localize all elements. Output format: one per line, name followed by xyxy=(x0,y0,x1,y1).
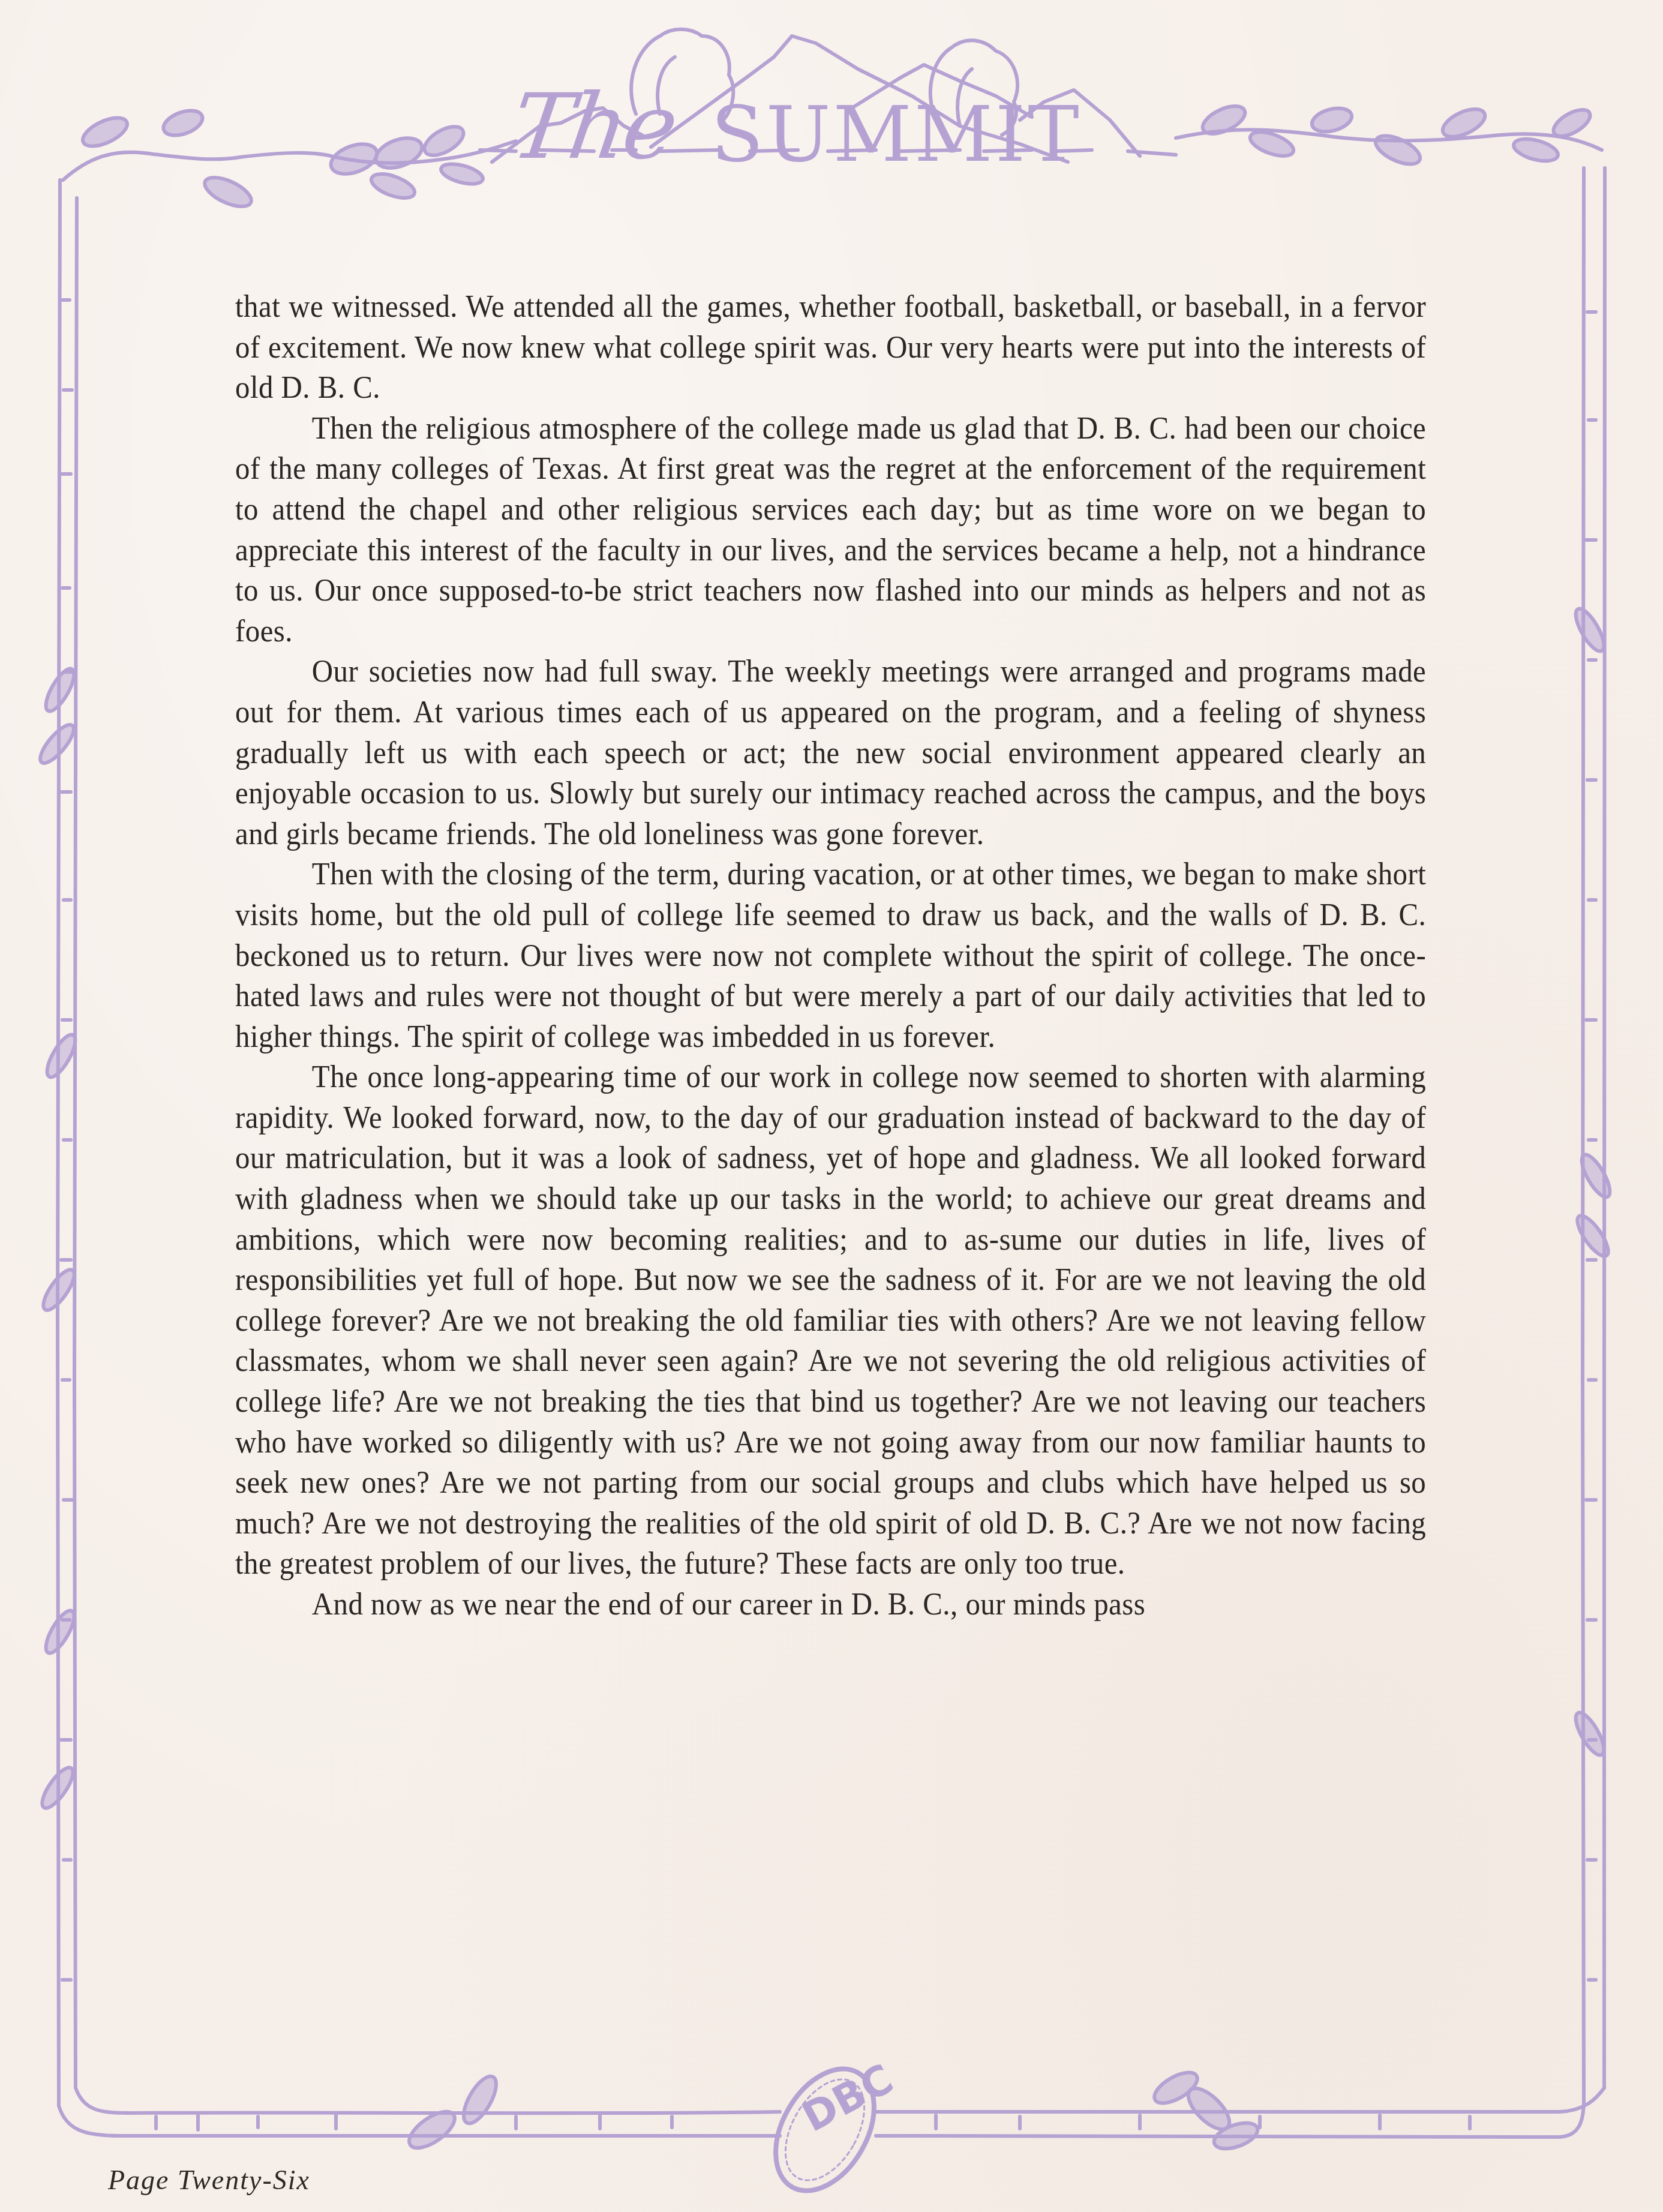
page-number: Page Twenty-Six xyxy=(108,2164,310,2196)
right-trunk-leaves-icon xyxy=(1571,605,1615,1758)
right-birch-trunk-icon xyxy=(1582,168,1605,2100)
header-title-prefix: The xyxy=(506,75,681,179)
paragraph-4: Then with the closing of the term, durin… xyxy=(235,854,1426,1057)
paragraph-6: And now as we near the end of our career… xyxy=(235,1584,1426,1625)
article-body: that we witnessed. We attended all the g… xyxy=(235,287,1426,1625)
paragraph-1: that we witnessed. We attended all the g… xyxy=(235,287,1426,409)
paragraph-2: Then the religious atmosphere of the col… xyxy=(235,409,1426,652)
top-right-vine-icon xyxy=(1176,101,1602,170)
header-title-main: SUMMIT xyxy=(711,90,1082,179)
left-birch-trunk-icon xyxy=(56,180,77,2106)
paragraph-5: The once long-appearing time of our work… xyxy=(235,1057,1426,1584)
top-left-vine-icon xyxy=(63,106,516,212)
paragraph-3: Our societies now had full sway. The wee… xyxy=(235,652,1426,854)
